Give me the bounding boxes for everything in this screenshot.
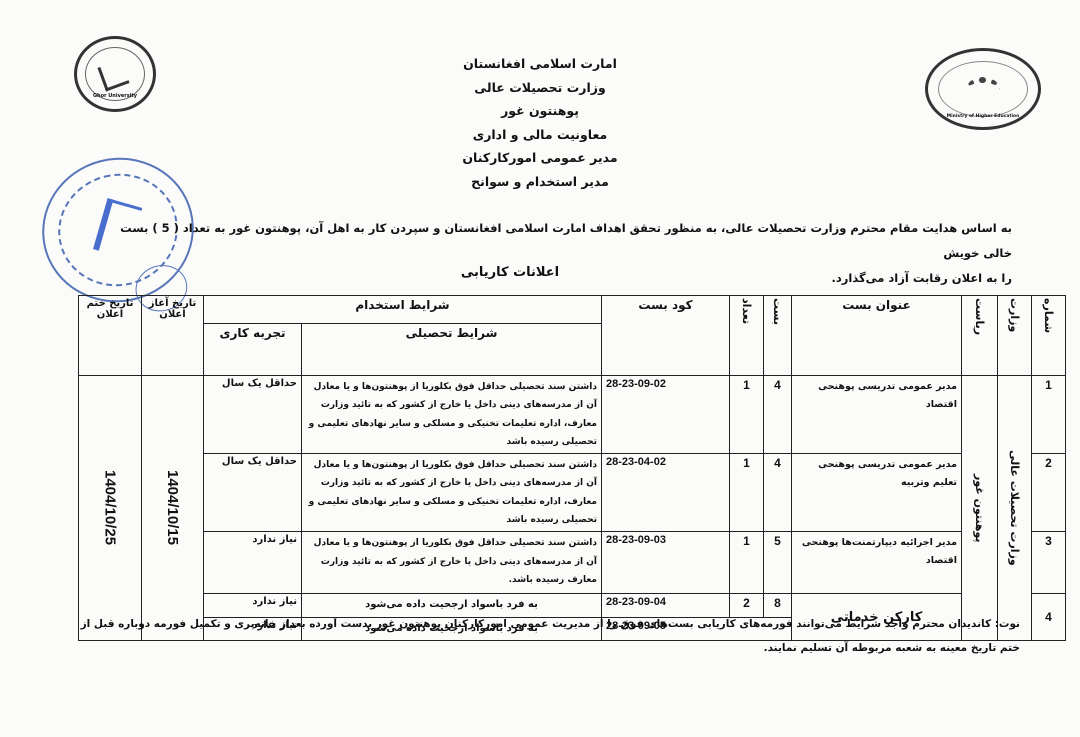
col-conditions: شرایط استخدام [204,296,602,324]
header-line-recruitment: مدیر استخدام و سوانح [440,170,640,194]
start-date-cell: 1404/10/15 [142,376,204,641]
col-presidency: ریاست [962,296,998,376]
col-ministry: وزارت [998,296,1032,376]
col-education: شرایط تحصیلی [302,324,602,376]
col-end-date: تاریخ ختم اعلان [79,296,142,376]
page-title: اعلانات کاریابی [420,265,600,280]
ghor-university-logo: Ghor University [74,36,156,112]
ministry-cell: وزارت تحصیلات عالی [998,376,1032,641]
note-line-1: نوت: کاندیدان محترم واجد شرایط می‌توانند… [80,612,1020,636]
col-grade: بست [764,296,792,376]
header-line-emirate: امارت اسلامی افغانستان [440,52,640,76]
col-count: تعداد [730,296,764,376]
header-line-hr-director: مدیر عمومی امورکارکنان [440,146,640,170]
col-experience: تجربه کاری [204,324,302,376]
intro-line-1: به اساس هدایت مقام محترم وزارت تحصیلات ع… [92,216,1012,266]
col-code: کود بست [602,296,730,376]
header-line-university: پوهنتون غور [440,99,640,123]
vacancy-table: شماره وزارت ریاست عنوان بست بست تعداد کو… [78,295,1066,641]
table-row: 1 وزارت تحصیلات عالی پوهنتون غور مدیر عم… [79,376,1066,454]
end-date-cell: 1404/10/25 [79,376,142,641]
header-line-deputy: معاونیت مالی و اداری [440,123,640,147]
col-number: شماره [1032,296,1066,376]
note-line-2: ختم تاریخ معینه به شعبه مربوطه آن تسلیم … [80,636,1020,660]
col-post-title: عنوان بست [792,296,962,376]
header-line-ministry: وزارت تحصیلات عالی [440,76,640,100]
logo-left-caption: Ghor University [77,93,153,99]
logo-right-caption: Ministry of Higher Education [928,114,1038,119]
presidency-cell: پوهنتون غور [962,376,998,641]
col-start-date: تاریخ آغاز اعلان [142,296,204,376]
footer-note: نوت: کاندیدان محترم واجد شرایط می‌توانند… [80,612,1020,660]
letterhead: امارت اسلامی افغانستان وزارت تحصیلات عال… [440,52,640,193]
table-row: 3 مدیر اجرائیه دیپارتمنت‌ها پوهنحی اقتصا… [79,532,1066,594]
ministry-logo: Ministry of Higher Education [925,48,1041,130]
table-row: 2 مدیر عمومی تدریسی پوهنحی تعلیم وتربیه … [79,454,1066,532]
header-row-1: شماره وزارت ریاست عنوان بست بست تعداد کو… [79,296,1066,324]
